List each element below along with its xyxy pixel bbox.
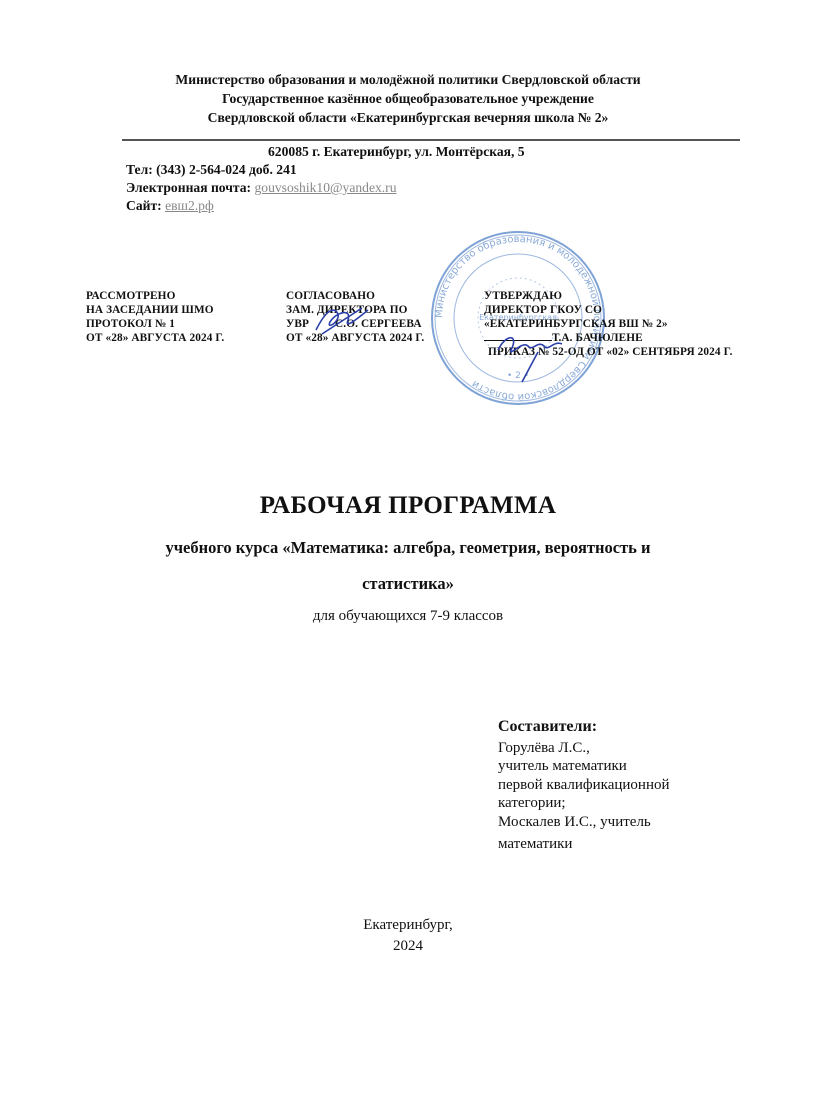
ministry-line: Министерство образования и молодёжной по… [0,70,816,89]
reviewed-block: РАССМОТРЕНО НА ЗАСЕДАНИИ ШМО ПРОТОКОЛ № … [86,289,224,345]
director-signature-icon [492,330,572,385]
reviewed-protocol: ПРОТОКОЛ № 1 [86,317,224,331]
approved-organization: «ЕКАТЕРИНБУРГСКАЯ ВШ № 2» [484,317,733,331]
target-audience: для обучающихся 7-9 классов [0,608,816,625]
author-line: математики [498,835,670,854]
agreed-dept: УВР [286,318,309,330]
document-title: РАБОЧАЯ ПРОГРАММА [0,492,816,520]
authors-block: Составители: Горулёва Л.С., учитель мате… [498,718,670,854]
site-row: Сайт: евш2.рф [126,197,214,215]
institution-line: Государственное казённое общеобразовател… [0,89,816,108]
author-line: Москалев И.С., учитель [498,813,670,832]
year: 2024 [0,936,816,957]
author-line: Горулёва Л.С., [498,739,670,758]
city: Екатеринбург, [0,915,816,936]
email-row: Электронная почта: gouvsoshik10@yandex.r… [126,179,397,197]
reviewed-body: НА ЗАСЕДАНИИ ШМО [86,303,224,317]
phone: Тел: (343) 2-564-024 доб. 241 [126,161,297,179]
footer-place-year: Екатеринбург, 2024 [0,915,816,957]
author-line: категории; [498,794,670,813]
header-divider [122,139,740,141]
author-line: учитель математики [498,757,670,776]
site-label: Сайт: [126,198,162,213]
address: 620085 г. Екатеринбург, ул. Монтёрская, … [268,143,525,161]
approved-position: ДИРЕКТОР ГКОУ СО [484,303,733,317]
authors-heading: Составители: [498,718,670,737]
approved-heading: УТВЕРЖДАЮ [484,289,733,303]
reviewed-heading: РАССМОТРЕНО [86,289,224,303]
document-subtitle-line-2: статистика» [0,574,816,594]
site-link[interactable]: евш2.рф [165,198,214,213]
document-subtitle-line-1: учебного курса «Математика: алгебра, гео… [0,538,816,558]
reviewed-date: ОТ «28» АВГУСТА 2024 Г. [86,331,224,345]
email-link[interactable]: gouvsoshik10@yandex.ru [254,180,396,195]
agreed-signature-icon [312,300,372,340]
school-name-line: Свердловской области «Екатеринбургская в… [0,108,816,127]
email-label: Электронная почта: [126,180,251,195]
author-line: первой квалификационной [498,776,670,795]
